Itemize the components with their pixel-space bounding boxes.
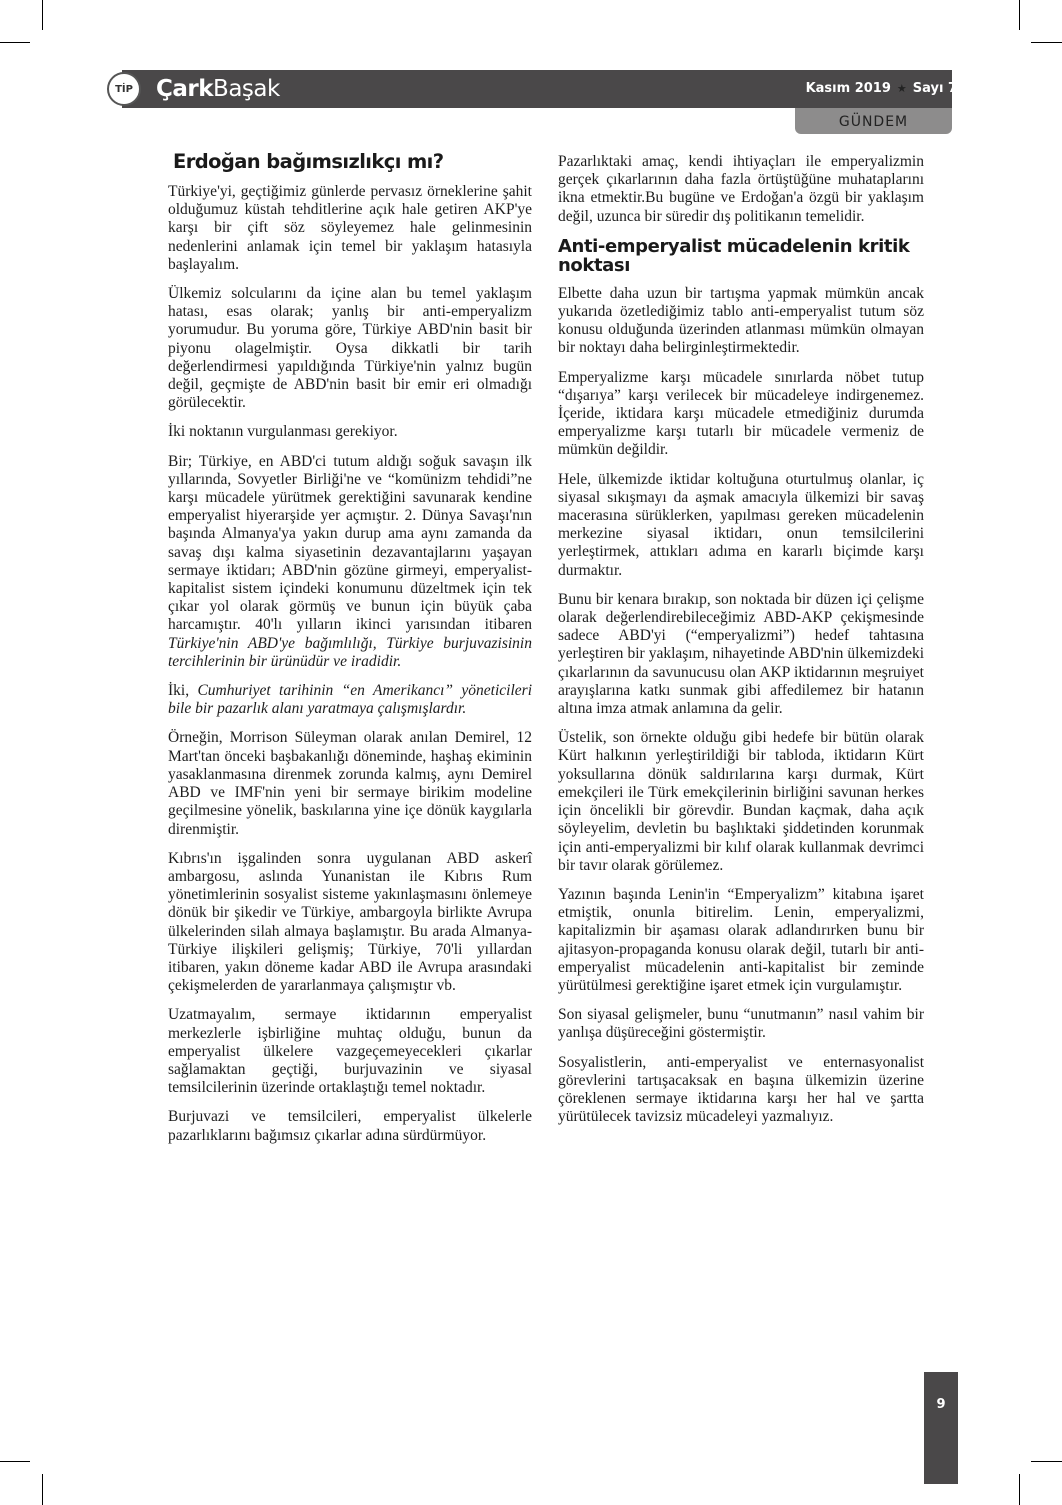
crop-mark (1019, 1474, 1020, 1505)
issue-month: Kasım 2019 (806, 81, 891, 96)
paragraph: Bir; Türkiye, en ABD'ci tutum aldığı soğ… (168, 453, 532, 671)
crop-mark (1031, 1461, 1062, 1462)
paragraph: Sosyalistlerin, anti-emperyalist ve ente… (558, 1054, 924, 1127)
paragraph-text: Bir; Türkiye, en ABD'ci tutum aldığı soğ… (168, 453, 532, 634)
paragraph: İki noktanın vurgulanması gerekiyor. (168, 423, 532, 441)
paragraph: İki, Cumhuriyet tarihinin “en Amerikancı… (168, 682, 532, 718)
star-icon: ★ (897, 82, 907, 95)
paragraph: Uzatmayalım, sermaye iktidarının emperya… (168, 1006, 532, 1097)
page-number: 9 (924, 1372, 958, 1484)
paragraph: Örneğin, Morrison Süleyman olarak anılan… (168, 729, 532, 838)
brand-light: Başak (213, 76, 280, 102)
crop-mark (1019, 0, 1020, 30)
paragraph: Pazarlıktaki amaç, kendi ihtiyaçları ile… (558, 153, 924, 226)
paragraph: Yazının başında Lenin'in “Emperyalizm” k… (558, 886, 924, 995)
brand-bold: Çark (156, 76, 213, 102)
article-left-column: Erdoğan bağımsızlıkçı mı? Türkiye'yi, ge… (168, 150, 532, 1156)
paragraph: Bunu bir kenara bırakıp, son noktada bir… (558, 591, 924, 718)
crop-mark (1031, 42, 1062, 43)
paragraph-text: İki, (168, 682, 197, 699)
crop-mark (0, 1461, 30, 1462)
crop-mark (0, 42, 30, 43)
issue-number: Sayı 7 (913, 81, 957, 96)
paragraph: Burjuvazi ve temsilcileri, emperyalist ü… (168, 1108, 532, 1144)
publication-name: ÇarkBaşak (156, 70, 280, 108)
paragraph: Hele, ülkemizde iktidar koltuğuna oturtu… (558, 471, 924, 580)
crop-mark (42, 0, 43, 30)
issue-info: Kasım 2019★Sayı 7 (806, 70, 957, 108)
tip-logo-icon: TİP (101, 70, 147, 108)
paragraph: Emperyalizme karşı mücadele sınırlarda n… (558, 369, 924, 460)
section-label: GÜNDEM (795, 108, 952, 134)
paragraph: Üstelik, son örnekte olduğu gibi hedefe … (558, 729, 924, 875)
subheading: Anti-emperyalist mücadelenin kritik nokt… (558, 237, 924, 275)
paragraph: Türkiye'yi, geçtiğimiz günlerde pervasız… (168, 183, 532, 274)
article-right-column: Pazarlıktaki amaç, kendi ihtiyaçları ile… (558, 153, 924, 1137)
paragraph: Son siyasal gelişmeler, bunu “unutmanın”… (558, 1006, 924, 1042)
crop-mark (42, 1474, 43, 1505)
article-title: Erdoğan bağımsızlıkçı mı? (173, 150, 532, 174)
paragraph-emphasis: Türkiye'nin ABD'ye bağımlılığı, Türkiye … (168, 635, 532, 670)
paragraph: Kıbrıs'ın işgalinden sonra uygulanan ABD… (168, 850, 532, 996)
logo-emblem: TİP (107, 72, 141, 106)
paragraph: Elbette daha uzun bir tartışma yapmak mü… (558, 285, 924, 358)
paragraph: Ülkemiz solcularını da içine alan bu tem… (168, 285, 532, 412)
paragraph-emphasis: Cumhuriyet tarihinin “en Amerikancı” yön… (168, 682, 532, 717)
